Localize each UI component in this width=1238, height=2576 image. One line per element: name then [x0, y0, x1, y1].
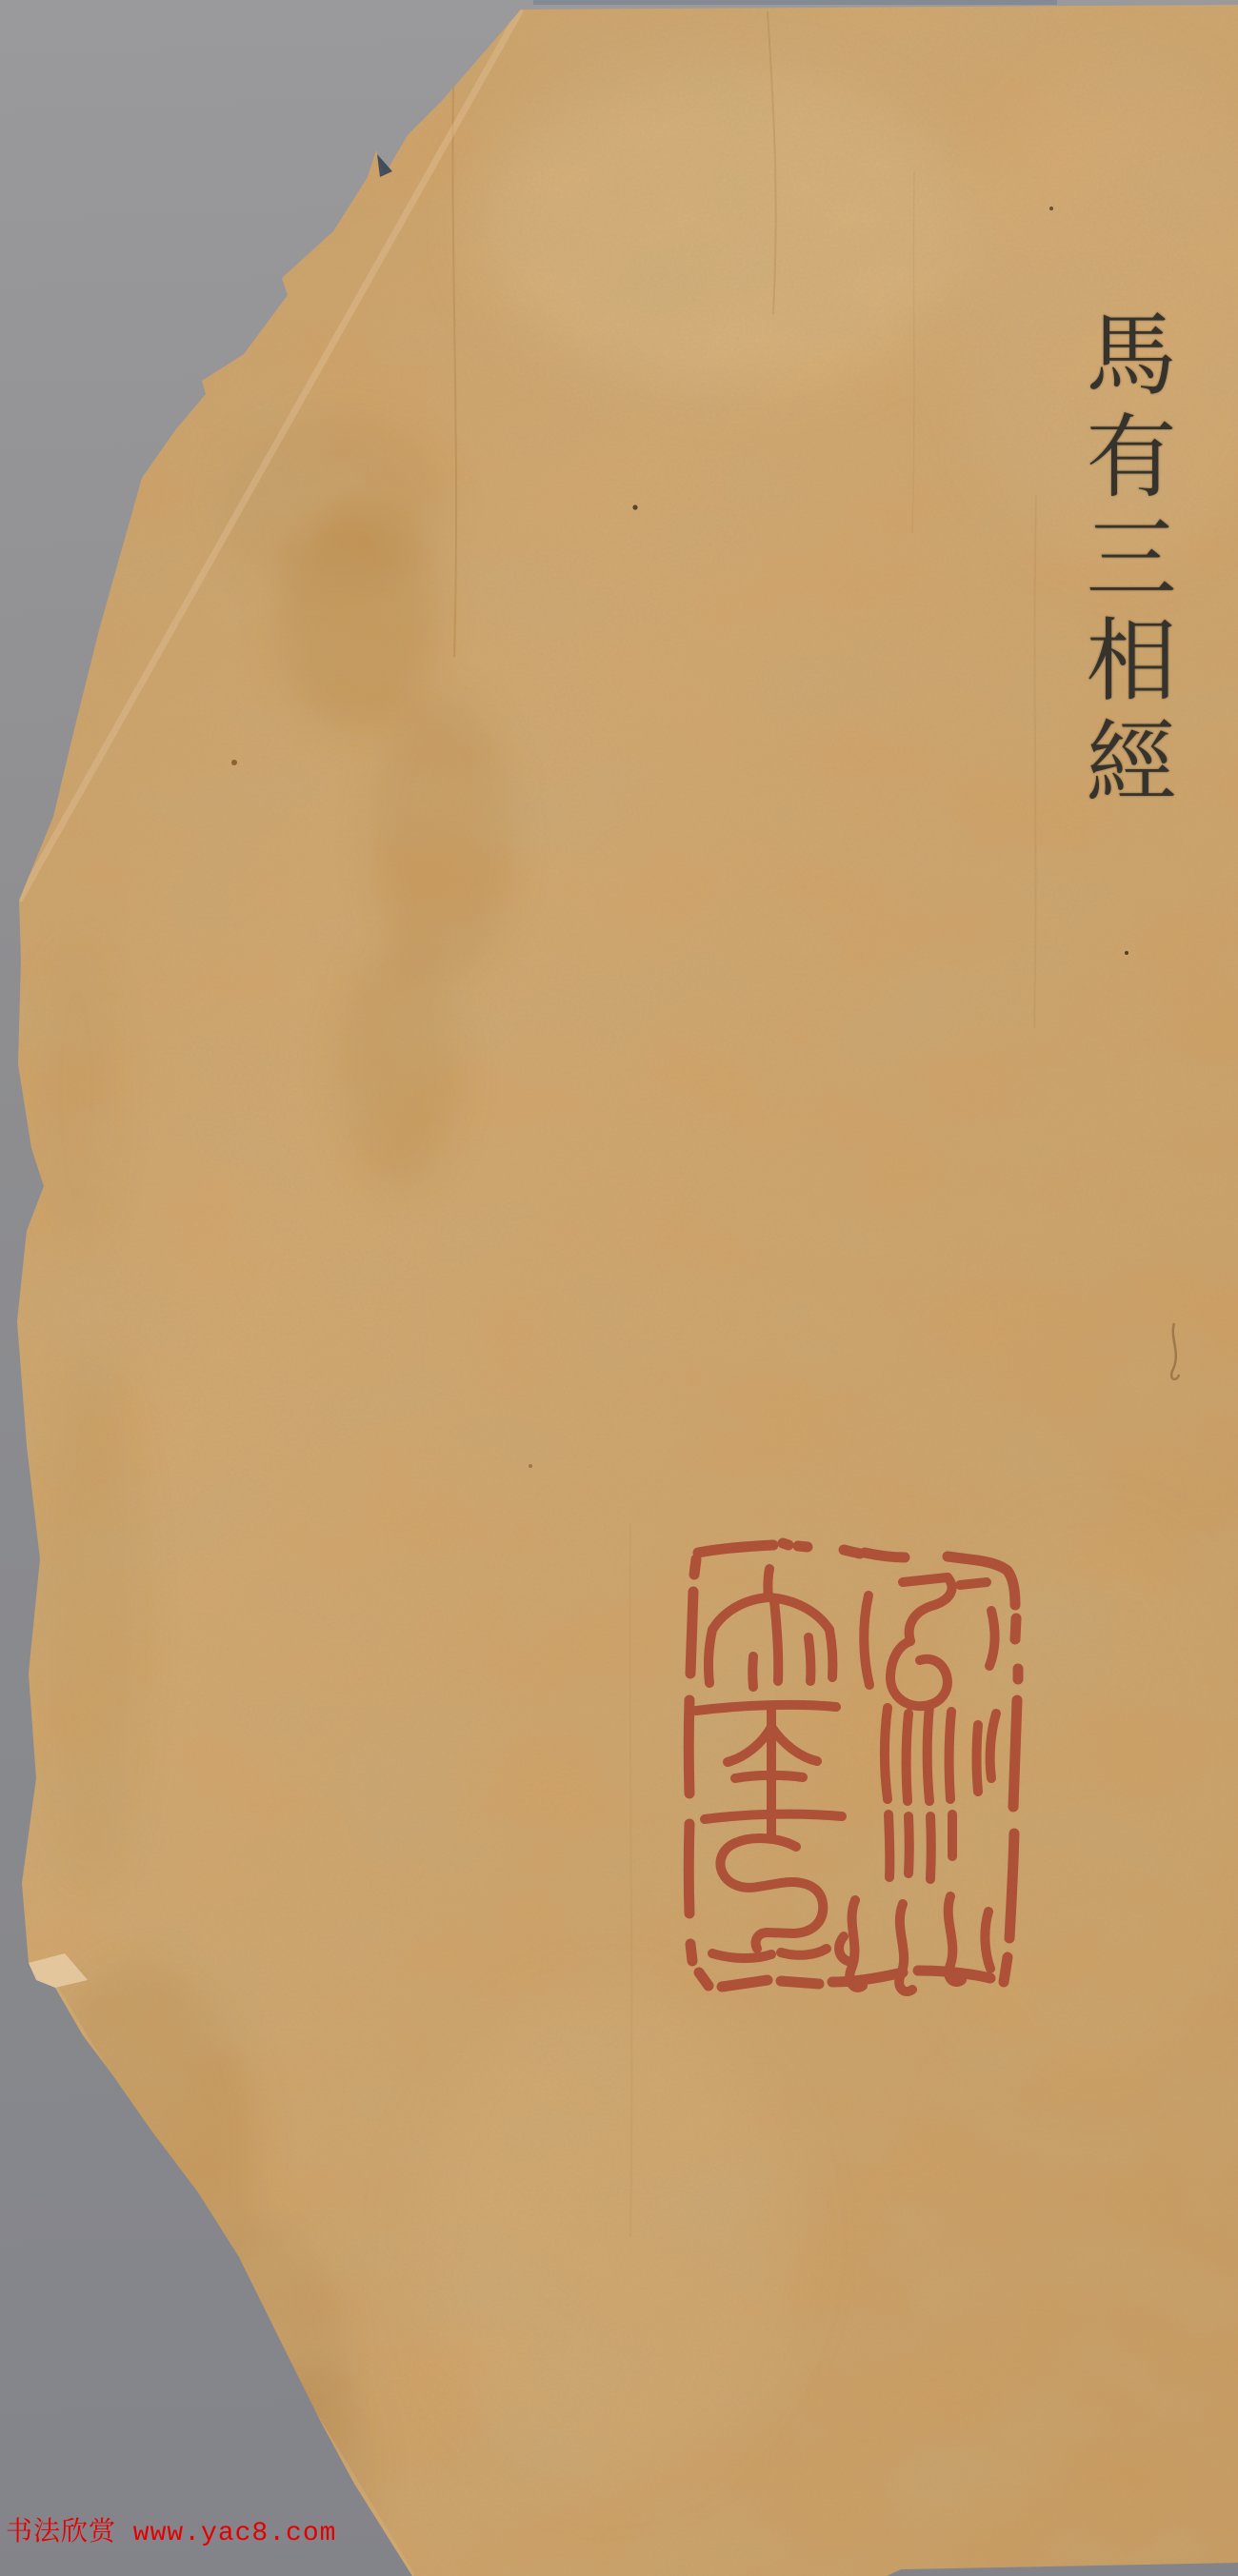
scanned-manuscript-artwork [0, 0, 1238, 2576]
scan-edge-artifact [533, 0, 1057, 5]
paper-fragment [0, 0, 1238, 2576]
paper-texture [0, 0, 1238, 2576]
manuscript-scan-page: 馬 有 三 相 經 书法欣赏 www.yac8.com [0, 0, 1238, 2576]
site-watermark: 书法欣赏 www.yac8.com [6, 2515, 336, 2553]
